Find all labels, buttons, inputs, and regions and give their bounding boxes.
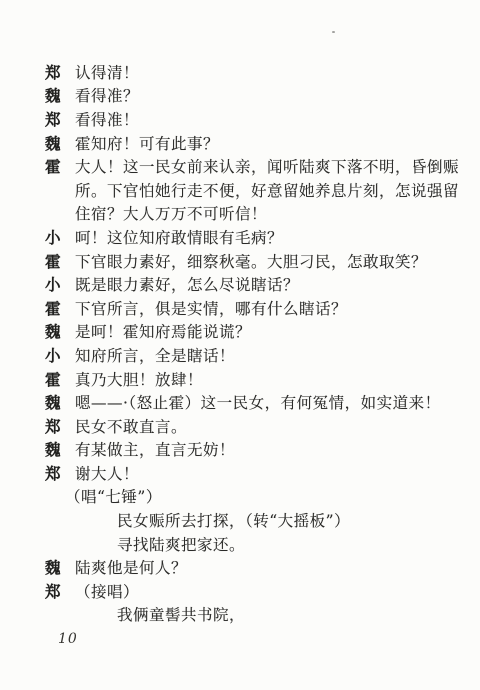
line-text: 下官所言，俱是实情，哪有什么瞎话？: [75, 297, 347, 319]
speaker-label: 魏: [45, 84, 75, 106]
line-text: 知府所言，全是瞎话！: [75, 344, 235, 366]
script-line: 小 呵！这位知府敢情眼有毛病？: [45, 225, 480, 249]
script-line: 所。下官怕她行走不便，好意留她养息片刻，怎说强留: [45, 178, 480, 202]
line-text: 住宿？大人万万不可听信！: [75, 202, 267, 224]
scan-speck: [332, 31, 335, 33]
line-text: 民女不敢直言。: [75, 415, 187, 437]
line-text: 是呵！霍知府焉能说谎？: [75, 320, 251, 342]
script-line: 魏 有某做主，直言无妨！: [45, 438, 480, 462]
speaker-label: 霍: [45, 297, 75, 319]
script-line: 郑 谢大人！: [45, 461, 480, 485]
speaker-label: 魏: [45, 132, 75, 154]
script-line: 郑 认得清！: [45, 60, 480, 84]
script-line: 民女赈所去打探，（转“大摇板”）: [45, 508, 480, 532]
script-line: 霍 下官眼力素好，细察秋毫。大胆刁民，怎敢取笑？: [45, 249, 480, 273]
speaker-label: 郑: [45, 108, 75, 130]
script-line: 魏 嗯——·（怒止霍）这一民女，有何冤情，如实道来！: [45, 390, 480, 414]
speaker-label: 霍: [45, 250, 75, 272]
line-text: 民女赈所去打探，（转“大摇板”）: [117, 509, 350, 531]
script-line: 小 既是眼力素好，怎么尽说瞎话？: [45, 272, 480, 296]
speaker-label: 魏: [45, 391, 75, 413]
script-line: 小 知府所言，全是瞎话！: [45, 343, 480, 367]
speaker-label: 郑: [45, 415, 75, 437]
script-line: 魏 霍知府！可有此事？: [45, 131, 480, 155]
line-text: 嗯——·（怒止霍）这一民女，有何冤情，如实道来！: [75, 391, 441, 413]
line-text: 陆爽他是何人？: [75, 556, 187, 578]
line-text: （接唱）: [75, 580, 139, 602]
speaker-label: 霍: [45, 368, 75, 390]
speaker-label: 郑: [45, 462, 75, 484]
speaker-label: 魏: [45, 320, 75, 342]
line-text: 认得清！: [75, 61, 139, 83]
speaker-label: 郑: [45, 61, 75, 83]
line-text: 有某做主，直言无妨！: [75, 438, 235, 460]
line-text: 看得准！: [75, 108, 139, 130]
line-text: 真乃大胆！放肆！: [75, 368, 203, 390]
speaker-label: 霍: [45, 155, 75, 177]
line-text: 大人！这一民女前来认亲，闻听陆爽下落不明，昏倒赈: [75, 155, 459, 177]
script-line: 住宿？大人万万不可听信！: [45, 202, 480, 226]
speaker-label: 小: [45, 226, 75, 248]
script-line: 霍 真乃大胆！放肆！: [45, 367, 480, 391]
script-line: （唱“七锤”）: [45, 485, 480, 509]
line-text: 呵！这位知府敢情眼有毛病？: [75, 226, 283, 248]
line-text: 我俩童髻共书院，: [117, 603, 245, 625]
script-line: 郑 看得准！: [45, 107, 480, 131]
script-line: 寻找陆爽把家还。: [45, 532, 480, 556]
speaker-label: 魏: [45, 438, 75, 460]
speaker-label: 郑: [45, 580, 75, 602]
page-number: 10: [58, 631, 78, 647]
script-line: 魏 陆爽他是何人？: [45, 555, 480, 579]
line-text: 既是眼力素好，怎么尽说瞎话？: [75, 273, 299, 295]
script-line: 魏 是呵！霍知府焉能说谎？: [45, 320, 480, 344]
line-text: 霍知府！可有此事？: [75, 132, 219, 154]
script-line: 我俩童髻共书院，: [45, 603, 480, 627]
line-text: 寻找陆爽把家还。: [117, 533, 245, 555]
speaker-label: 小: [45, 344, 75, 366]
script-text-block: 郑 认得清！ 魏 看得准？ 郑 看得准！ 魏 霍知府！可有此事？ 霍 大人！这一…: [0, 60, 480, 626]
script-line: 郑 民女不敢直言。: [45, 414, 480, 438]
line-text: 看得准？: [75, 84, 139, 106]
line-text: （唱“七锤”）: [65, 485, 162, 507]
script-line: 霍 大人！这一民女前来认亲，闻听陆爽下落不明，昏倒赈: [45, 154, 480, 178]
line-text: 下官眼力素好，细察秋毫。大胆刁民，怎敢取笑？: [75, 250, 427, 272]
speaker-label: 小: [45, 273, 75, 295]
speaker-label: 魏: [45, 556, 75, 578]
line-text: 所。下官怕她行走不便，好意留她养息片刻，怎说强留: [75, 179, 459, 201]
script-line: 魏 看得准？: [45, 84, 480, 108]
script-line: 郑 （接唱）: [45, 579, 480, 603]
line-text: 谢大人！: [75, 462, 139, 484]
script-line: 霍 下官所言，俱是实情，哪有什么瞎话？: [45, 296, 480, 320]
